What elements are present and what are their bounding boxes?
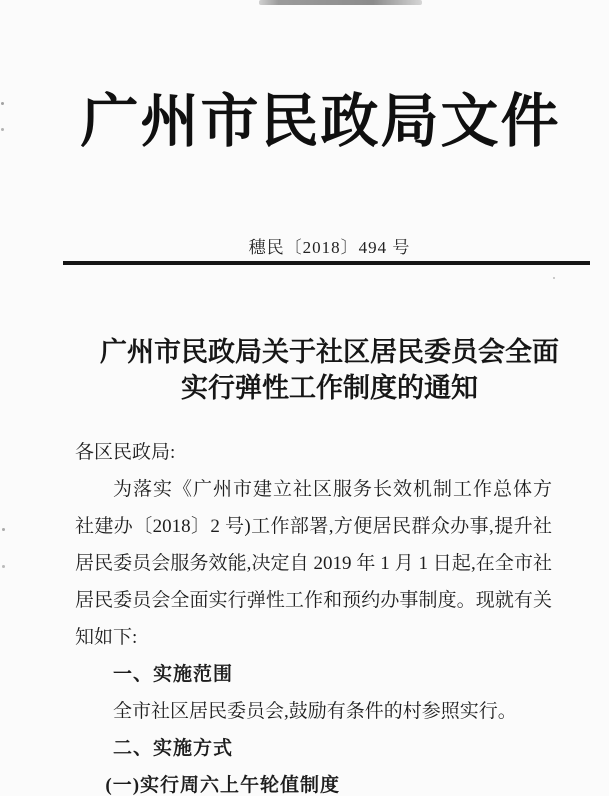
section-1-text: 全市社区居民委员会,鼓励有条件的村参照实行。	[75, 693, 552, 730]
intro-paragraph-line: 居民委员会服务效能,决定自 2019 年 1 月 1 日起,在全市社区	[75, 545, 552, 582]
document-body: 各区民政局: 为落实《广州市建立社区服务长效机制工作总体方案》(穗 社建办〔20…	[75, 434, 552, 796]
agency-letterhead-title: 广州市民政局文件	[16, 74, 609, 158]
scan-speck	[553, 277, 555, 279]
document-number: 穗民〔2018〕494 号	[25, 233, 609, 258]
subject-title-line-1: 广州市民政局关于社区居民委员会全面	[25, 334, 609, 370]
intro-paragraph-line: 知如下:	[75, 619, 552, 656]
intro-paragraph-line: 居民委员会全面实行弹性工作和预约办事制度。现就有关事项通	[75, 582, 552, 619]
section-2-subheading-1: (一)实行周六上午轮值制度	[75, 767, 552, 796]
letterhead-rule	[63, 261, 590, 265]
subject-title-line-2: 实行弹性工作制度的通知	[25, 370, 609, 406]
section-2-heading: 二、实施方式	[75, 730, 552, 767]
intro-paragraph-line: 为落实《广州市建立社区服务长效机制工作总体方案》(穗	[75, 471, 552, 508]
document-page: 广州市民政局文件 穗民〔2018〕494 号 广州市民政局关于社区居民委员会全面…	[0, 0, 609, 796]
salutation: 各区民政局:	[75, 434, 552, 471]
document-subject-title: 广州市民政局关于社区居民委员会全面 实行弹性工作制度的通知	[25, 334, 609, 406]
scan-speck	[1, 128, 4, 131]
scan-smudge-artifact	[259, 0, 422, 5]
scan-speck	[2, 565, 5, 568]
scan-speck	[2, 528, 5, 531]
intro-paragraph-line: 社建办〔2018〕2 号)工作部署,方便居民群众办事,提升社区	[75, 508, 552, 545]
section-1-heading: 一、实施范围	[75, 656, 552, 693]
scan-speck	[1, 102, 4, 105]
